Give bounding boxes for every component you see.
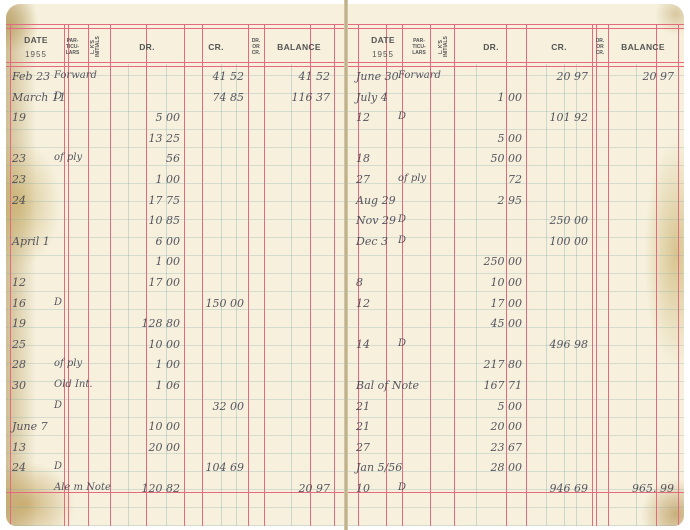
entry-dr: 5 00 — [110, 111, 180, 124]
left-page: DATE 1955 PAR- TICU- LARS L. K'S INITIAL… — [6, 4, 346, 526]
entry-date: 21 — [356, 420, 370, 433]
ledger-entry-row: 2120 00 — [346, 420, 684, 438]
entry-cr: 74 85 — [184, 91, 244, 104]
ledger-entry-row: Jan 5/5628 00 — [346, 461, 684, 479]
year-label: 1955 — [25, 51, 47, 59]
entry-date: 19 — [12, 317, 26, 330]
entry-particulars: of ply — [54, 152, 82, 163]
entry-particulars: D — [54, 461, 62, 472]
header-cr: CR. — [526, 30, 592, 64]
entry-cr: 946 69 — [526, 482, 588, 495]
entry-dr: 217 80 — [454, 358, 522, 371]
entry-dr: 1 00 — [110, 358, 180, 371]
entry-dr: 1 00 — [454, 91, 522, 104]
ledger-entry-row: 1320 00 — [6, 441, 346, 459]
entry-date: 24 — [12, 194, 26, 207]
entry-dr: 1 00 — [110, 173, 180, 186]
ledger-entry-row: June 710 00 — [6, 420, 346, 438]
ledger-entry-row: 45 00 — [346, 317, 684, 335]
ledger-entry-row: 231 00 — [6, 173, 346, 191]
ledger-book: DATE 1955 PAR- TICU- LARS L. K'S INITIAL… — [0, 0, 690, 530]
entry-dr: 23 67 — [454, 441, 522, 454]
header-particulars: PAR- TICU- LARS — [407, 30, 431, 64]
entry-cr: 496 98 — [526, 338, 588, 351]
entry-dr: 17 75 — [110, 194, 180, 207]
entry-particulars: D — [54, 91, 62, 102]
entry-dr: 5 00 — [454, 132, 522, 145]
entry-date: 21 — [356, 400, 370, 413]
entry-dr: 13 25 — [110, 132, 180, 145]
entry-dr: 56 — [110, 152, 180, 165]
ledger-entry-row: 27of ply72 — [346, 173, 684, 191]
ledger-entry-row: 215 00 — [346, 400, 684, 418]
entry-date: June 7 — [12, 420, 48, 433]
ledger-entry-row: 1217 00 — [6, 276, 346, 294]
ledger-entry-row: 10 85 — [6, 214, 346, 232]
date-label: DATE — [371, 36, 395, 44]
entry-date: April 1 — [12, 235, 50, 248]
header-dr: DR. — [110, 30, 184, 64]
ledger-entry-row: March 11D74 85116 37 — [6, 91, 346, 109]
entry-date: 28 — [12, 358, 26, 371]
ledger-entry-row: Dec 3D100 00 — [346, 235, 684, 253]
ledger-entry-row: 23of ply56 — [6, 152, 346, 170]
entry-date: Bal of Note — [356, 379, 419, 392]
entry-dr: 1 00 — [110, 255, 180, 268]
date-label: DATE — [24, 36, 48, 44]
entry-dr: 20 00 — [110, 441, 180, 454]
ledger-entry-row: 14D496 98 — [346, 338, 684, 356]
ledger-entry-row: 5 00 — [346, 132, 684, 150]
header-dr-or-cr: DR. OR CR. — [248, 30, 264, 64]
ledger-entry-row: 217 80 — [346, 358, 684, 376]
ledger-entry-row: April 16 00 — [6, 235, 346, 253]
entry-dr: 120 82 — [110, 482, 180, 495]
header-initials: L. K'S INITIALS — [88, 30, 104, 64]
ledger-entry-row: 12D101 92 — [346, 111, 684, 129]
entry-particulars: of ply — [398, 173, 426, 184]
entry-date: 19 — [12, 111, 26, 124]
entry-particulars: Ale m Note — [54, 482, 111, 493]
entry-date: July 4 — [356, 91, 388, 104]
entry-date: 12 — [12, 276, 26, 289]
entry-cr: 101 92 — [526, 111, 588, 124]
entry-particulars: Old Int. — [54, 379, 93, 390]
ledger-entry-row: 16D150 00 — [6, 297, 346, 315]
entry-date: 30 — [12, 379, 26, 392]
ledger-entry-row: D32 00 — [6, 400, 346, 418]
entry-particulars: of ply — [54, 358, 82, 369]
ledger-entry-row: 1850 00 — [346, 152, 684, 170]
entry-date: Aug 29 — [356, 194, 396, 207]
entry-dr: 10 00 — [454, 276, 522, 289]
entry-dr: 17 00 — [110, 276, 180, 289]
entry-dr: 128 80 — [110, 317, 180, 330]
entry-date: 24 — [12, 461, 26, 474]
entry-particulars: D — [398, 111, 406, 122]
entry-date: Dec 3 — [356, 235, 388, 248]
ledger-entry-row: 2510 00 — [6, 338, 346, 356]
ledger-entry-row: 2723 67 — [346, 441, 684, 459]
entry-date: 23 — [12, 152, 26, 165]
header-balance: BALANCE — [264, 30, 334, 64]
entry-balance: 116 37 — [264, 91, 330, 104]
entry-dr: 250 00 — [454, 255, 522, 268]
entry-date: 12 — [356, 111, 370, 124]
entry-dr: 10 85 — [110, 214, 180, 227]
entry-cr: 20 97 — [526, 70, 588, 83]
book-spine — [344, 0, 348, 530]
row-rule — [6, 66, 346, 67]
entry-balance: 965. 99 — [608, 482, 674, 495]
entry-date: 27 — [356, 173, 370, 186]
entry-dr: 50 00 — [454, 152, 522, 165]
entry-balance: 20 97 — [264, 482, 330, 495]
entry-date: Nov 29 — [356, 214, 396, 227]
entry-particulars: Forward — [398, 70, 441, 81]
header-cr: CR. — [184, 30, 248, 64]
ledger-entry-row: 10D946 69965. 99 — [346, 482, 684, 500]
ledger-entry-row: Ale m Note120 8220 97 — [6, 482, 346, 500]
row-rule — [346, 24, 684, 25]
entry-dr: 72 — [454, 173, 522, 186]
entry-cr: 32 00 — [184, 400, 244, 413]
entry-dr: 5 00 — [454, 400, 522, 413]
ledger-entry-row: 28of ply1 00 — [6, 358, 346, 376]
ledger-entry-row: Aug 292 95 — [346, 194, 684, 212]
ledger-entry-row: 1217 00 — [346, 297, 684, 315]
entry-date: 18 — [356, 152, 370, 165]
entry-date: 14 — [356, 338, 370, 351]
header-initials: L. K'S INITIALS — [434, 30, 454, 64]
entry-cr: 41 52 — [184, 70, 244, 83]
entry-balance: 41 52 — [264, 70, 330, 83]
entry-particulars: D — [398, 214, 406, 225]
entry-dr: 10 00 — [110, 420, 180, 433]
header-date: DATE 1955 — [10, 30, 62, 64]
header-date: DATE 1955 — [358, 30, 408, 64]
entry-particulars: D — [398, 482, 406, 493]
entry-particulars: D — [54, 297, 62, 308]
entry-particulars: Forward — [54, 70, 97, 81]
ledger-entry-row: 810 00 — [346, 276, 684, 294]
year-label: 1955 — [372, 51, 394, 59]
ledger-entry-row: 195 00 — [6, 111, 346, 129]
entry-date: Feb 23 — [12, 70, 50, 83]
ledger-entry-row: June 30Forward20 9720 97 — [346, 70, 684, 88]
header-particulars: PAR- TICU- LARS — [64, 30, 81, 64]
ledger-entry-row: July 41 00 — [346, 91, 684, 109]
ledger-entry-row: 250 00 — [346, 255, 684, 273]
entry-dr: 10 00 — [110, 338, 180, 351]
ledger-entry-row: 2417 75 — [6, 194, 346, 212]
ledger-entry-row: 13 25 — [6, 132, 346, 150]
entry-dr: 167 71 — [454, 379, 522, 392]
entry-dr: 2 95 — [454, 194, 522, 207]
header-dr: DR. — [456, 30, 526, 64]
entry-date: 10 — [356, 482, 370, 495]
entry-cr: 104 69 — [184, 461, 244, 474]
entry-date: 27 — [356, 441, 370, 454]
entry-cr: 250 00 — [526, 214, 588, 227]
entry-cr: 100 00 — [526, 235, 588, 248]
ledger-entry-row: 1 00 — [6, 255, 346, 273]
row-rule — [346, 66, 684, 67]
ledger-entry-row: Feb 23Forward41 5241 52 — [6, 70, 346, 88]
row-rule — [6, 24, 346, 25]
ledger-entry-row: Nov 29D250 00 — [346, 214, 684, 232]
entry-date: 12 — [356, 297, 370, 310]
header-balance: BALANCE — [608, 30, 678, 64]
entry-date: 13 — [12, 441, 26, 454]
entry-particulars: D — [54, 400, 62, 411]
entry-date: 23 — [12, 173, 26, 186]
entry-particulars: D — [398, 235, 406, 246]
entry-dr: 6 00 — [110, 235, 180, 248]
entry-date: 8 — [356, 276, 363, 289]
entry-balance: 20 97 — [608, 70, 674, 83]
row-rule — [346, 28, 684, 29]
row-rule — [6, 28, 346, 29]
ledger-entry-row: 19128 80 — [6, 317, 346, 335]
entry-particulars: D — [398, 338, 406, 349]
entry-date: 25 — [12, 338, 26, 351]
right-page: DATE 1955 PAR- TICU- LARS L. K'S INITIAL… — [346, 4, 684, 526]
entry-dr: 17 00 — [454, 297, 522, 310]
ledger-entry-row: 30Old Int.1 06 — [6, 379, 346, 397]
entry-date: 16 — [12, 297, 26, 310]
entry-dr: 28 00 — [454, 461, 522, 474]
entry-dr: 20 00 — [454, 420, 522, 433]
header-dr-or-cr: DR. OR CR. — [592, 30, 608, 64]
entry-date: June 30 — [356, 70, 399, 83]
ledger-entry-row: 24D104 69 — [6, 461, 346, 479]
entry-dr: 45 00 — [454, 317, 522, 330]
entry-date: Jan 5/56 — [356, 461, 402, 474]
entry-dr: 1 06 — [110, 379, 180, 392]
ledger-entry-row: Bal of Note167 71 — [346, 379, 684, 397]
entry-cr: 150 00 — [184, 297, 244, 310]
